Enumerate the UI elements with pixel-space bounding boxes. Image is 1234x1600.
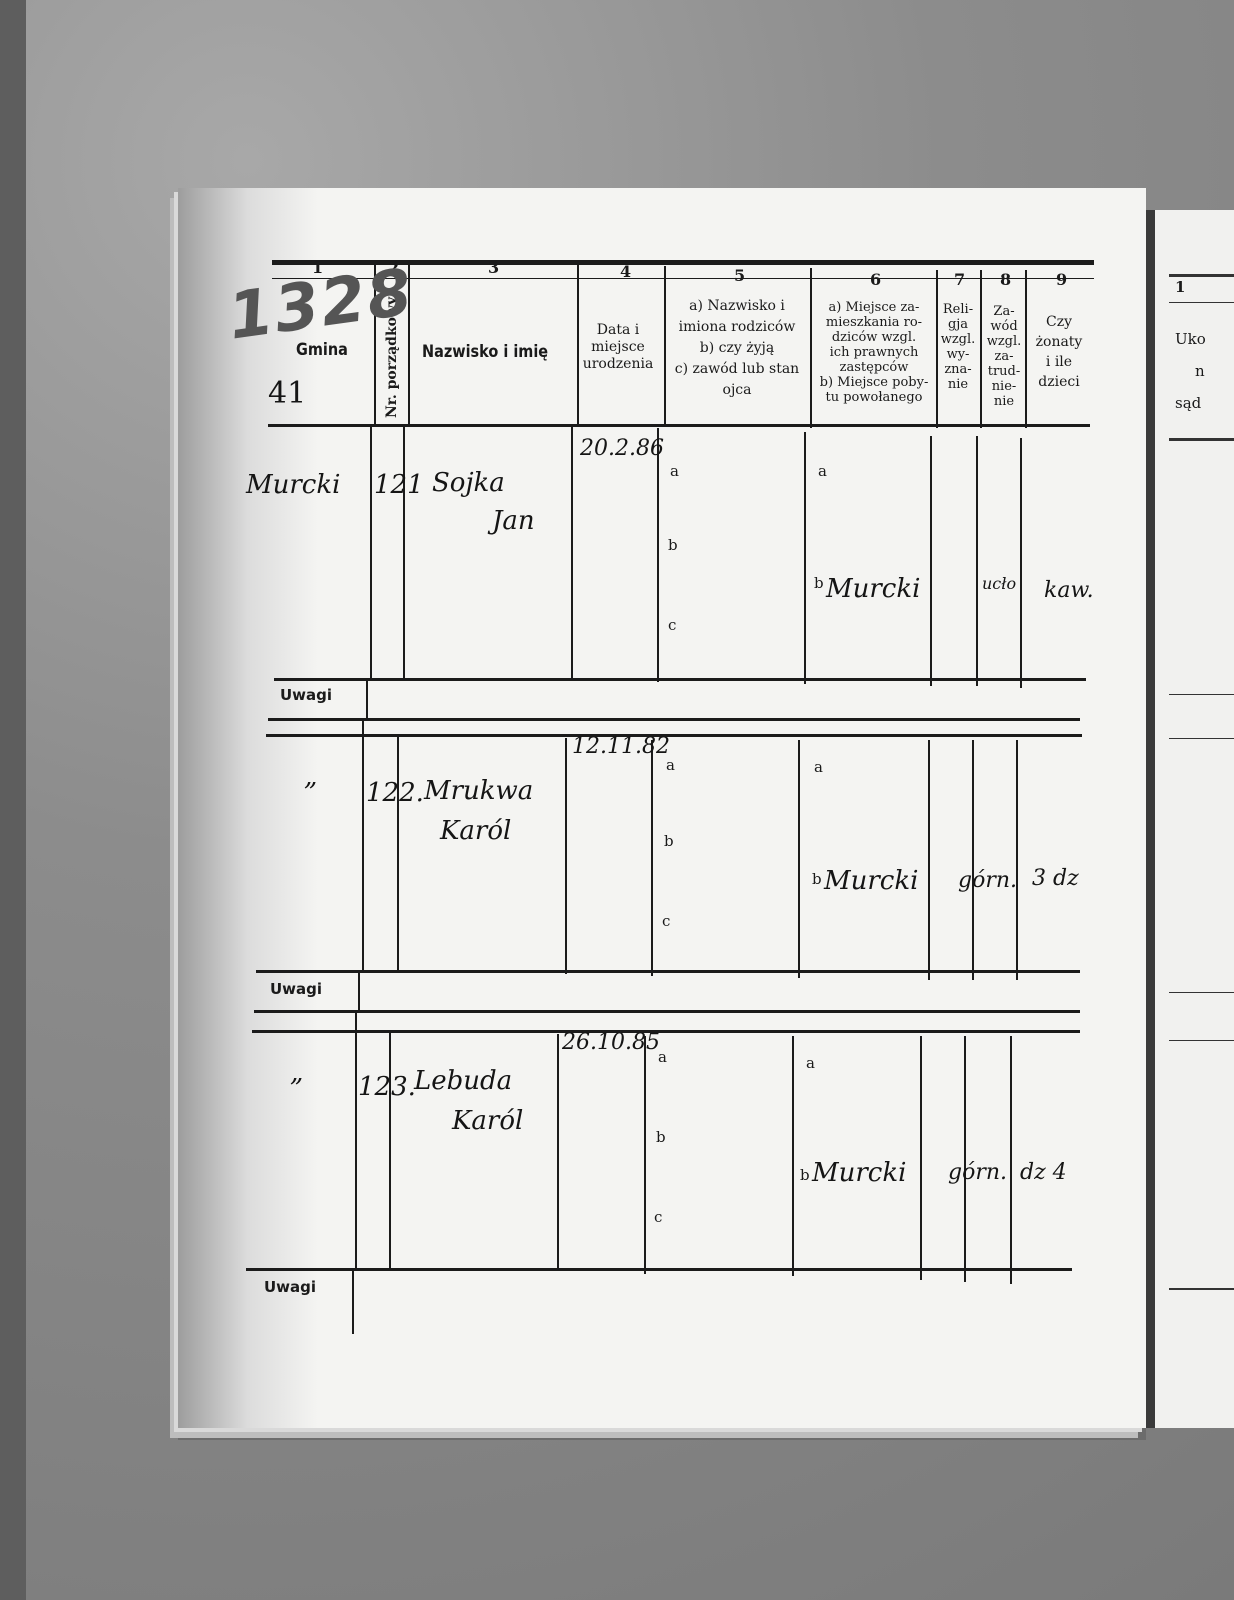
label-line: a) Miejsce za- xyxy=(812,300,936,315)
label-line: zna- xyxy=(938,362,978,377)
facing-page-text: n xyxy=(1195,362,1205,380)
row-divider xyxy=(397,736,399,972)
row-divider xyxy=(644,1036,646,1274)
label-line: i ile xyxy=(1026,354,1092,371)
row2-res-b: b xyxy=(812,870,822,888)
label-line: imiona rodziców xyxy=(664,319,810,336)
row3-res-a: a xyxy=(806,1054,815,1072)
row2-top-rule xyxy=(266,734,1082,737)
col-num-3: 3 xyxy=(488,258,499,277)
row1-occupation: ucło xyxy=(982,574,1016,593)
col-num-7: 7 xyxy=(954,270,965,289)
col-divider xyxy=(1025,270,1027,428)
row-divider xyxy=(657,428,659,682)
row-divider xyxy=(972,740,974,980)
row3-bottom-rule xyxy=(246,1268,1072,1271)
label-line: wy- xyxy=(938,347,978,362)
row-divider xyxy=(557,1034,559,1270)
label-line: nie xyxy=(938,377,978,392)
label-line: zastępców xyxy=(812,360,936,375)
row1-birth: 20.2.86 xyxy=(580,436,664,461)
row1-gmina: Murcki xyxy=(246,470,340,500)
row1-residence: Murcki xyxy=(826,574,920,604)
label-line: gja xyxy=(938,317,978,332)
label-line: nie- xyxy=(982,379,1026,394)
row3-birth: 26.10.85 xyxy=(562,1030,660,1055)
row3-gmina: „ xyxy=(290,1058,303,1088)
remarks-divider xyxy=(358,972,360,1012)
facing-page-rule xyxy=(1169,1288,1234,1290)
row-divider xyxy=(964,1036,966,1282)
row3-top-rule xyxy=(252,1030,1080,1033)
row-divider xyxy=(370,426,372,678)
row2-residence: Murcki xyxy=(824,866,918,896)
row1-given: Jan xyxy=(492,506,535,536)
col-label-married: Czy żonaty i ile dzieci xyxy=(1026,314,1092,391)
facing-page-rule xyxy=(1169,1040,1234,1041)
row2-res-a: a xyxy=(814,758,823,776)
row-divider xyxy=(792,1036,794,1276)
row3-married: dz 4 xyxy=(1020,1160,1067,1185)
row2-gmina: „ xyxy=(304,762,317,792)
label-line: c) zawód lub stan xyxy=(664,361,810,378)
label-line: Reli- xyxy=(938,302,978,317)
label-line: wzgl. xyxy=(982,334,1026,349)
remarks-divider xyxy=(366,680,368,720)
header-bottom-rule xyxy=(268,424,1090,427)
row-divider xyxy=(565,738,567,974)
label-line: Czy xyxy=(1026,314,1092,331)
col-divider xyxy=(980,270,982,428)
row3-remarks-label: Uwagi xyxy=(264,1278,316,1296)
facing-page-rule xyxy=(1169,694,1234,695)
col-num-9: 9 xyxy=(1056,270,1067,289)
row2-remarks-label: Uwagi xyxy=(270,980,322,998)
label-line: tu powołanego xyxy=(812,390,936,405)
label-line: b) Miejsce poby- xyxy=(812,375,936,390)
row-divider xyxy=(798,740,800,978)
col-label-religion: Reli- gja wzgl. wy- zna- nie xyxy=(938,302,978,392)
row-divider xyxy=(362,720,364,972)
label-line: trud- xyxy=(982,364,1026,379)
row-divider xyxy=(1016,740,1018,980)
row2-remarks-rule xyxy=(254,1010,1080,1013)
row-divider xyxy=(403,426,405,678)
row2-occupation: górn. xyxy=(958,868,1017,893)
row1-surname: Sojka xyxy=(432,468,505,498)
facing-page-rule xyxy=(1169,274,1234,277)
label-line: b) czy żyją xyxy=(664,340,810,357)
page-mark: 41 xyxy=(268,376,306,411)
row1-sub-b: b xyxy=(668,536,678,554)
row3-sub-b: b xyxy=(656,1128,666,1146)
label-line: dziców wzgl. xyxy=(812,330,936,345)
col-divider xyxy=(577,264,579,426)
label-line: ojca xyxy=(664,382,810,399)
facing-page: 1 Uko n sąd xyxy=(1155,210,1234,1428)
row3-given: Karól xyxy=(452,1106,523,1136)
facing-page-rule xyxy=(1169,438,1234,441)
facing-page-text: Uko xyxy=(1175,330,1206,348)
facing-page-rule xyxy=(1169,738,1234,739)
label-line: za- xyxy=(982,349,1026,364)
row-divider xyxy=(651,740,653,976)
row3-sub-a: a xyxy=(658,1048,667,1066)
label-line: nie xyxy=(982,394,1026,409)
label-line: a) Nazwisko i xyxy=(664,298,810,315)
label-line: ich prawnych xyxy=(812,345,936,360)
row-divider xyxy=(976,436,978,686)
label-line: mieszkania ro- xyxy=(812,315,936,330)
row3-residence: Murcki xyxy=(812,1158,906,1188)
label-line: wzgl. xyxy=(938,332,978,347)
row2-birth: 12.11.82 xyxy=(572,734,670,759)
col-num-4: 4 xyxy=(620,262,631,281)
row1-married: kaw. xyxy=(1044,578,1094,603)
facing-page-rule xyxy=(1169,992,1234,993)
row-divider xyxy=(930,436,932,686)
row1-nr: 121 xyxy=(374,470,424,500)
label-line: dzieci xyxy=(1026,374,1092,391)
col-label-birth: Data i miejsce urodzenia xyxy=(578,322,658,373)
row2-sub-c: c xyxy=(662,912,670,930)
row2-sub-a: a xyxy=(666,756,675,774)
row2-surname: Mrukwa xyxy=(424,776,533,806)
row1-sub-a: a xyxy=(670,462,679,480)
col-label-name: Nazwisko i imię xyxy=(422,342,548,362)
scan-edge xyxy=(0,0,26,1600)
row3-occupation: górn. xyxy=(948,1160,1007,1185)
row-divider xyxy=(1010,1036,1012,1284)
row2-sub-b: b xyxy=(664,832,674,850)
row-divider xyxy=(389,1032,391,1268)
row3-nr: 123. xyxy=(358,1072,416,1102)
label-line: Za- xyxy=(982,304,1026,319)
row-divider xyxy=(571,426,573,680)
row1-res-b: b xyxy=(814,574,824,592)
row-divider xyxy=(355,1012,357,1268)
row3-surname: Lebuda xyxy=(414,1066,512,1096)
row-divider xyxy=(920,1036,922,1280)
row-divider xyxy=(928,740,930,980)
remarks-divider xyxy=(352,1270,354,1334)
row3-sub-c: c xyxy=(654,1208,662,1226)
row-divider xyxy=(1020,438,1022,688)
row-divider xyxy=(804,432,806,684)
row1-res-a: a xyxy=(818,462,827,480)
col-label-occupation: Za- wód wzgl. za- trud- nie- nie xyxy=(982,304,1026,409)
col-label-parents: a) Nazwisko i imiona rodziców b) czy żyj… xyxy=(664,298,810,399)
label-line: żonaty xyxy=(1026,334,1092,351)
col-divider xyxy=(936,270,938,428)
col-label-residence: a) Miejsce za- mieszkania ro- dziców wzg… xyxy=(812,300,936,405)
row1-remarks-rule xyxy=(268,718,1080,721)
row2-given: Karól xyxy=(440,816,511,846)
row1-sub-c: c xyxy=(668,616,676,634)
label-line: wód xyxy=(982,319,1026,334)
row1-bottom-rule xyxy=(274,678,1086,681)
facing-page-rule xyxy=(1169,302,1234,303)
col-divider xyxy=(810,268,812,428)
row2-nr: 122. xyxy=(366,778,424,808)
book-spine xyxy=(1146,210,1155,1428)
col-divider xyxy=(664,266,666,426)
facing-page-text: sąd xyxy=(1175,394,1201,412)
row2-married: 3 dz xyxy=(1032,866,1079,891)
col-num-8: 8 xyxy=(1000,270,1011,289)
col-num-6: 6 xyxy=(870,270,881,289)
col-num-5: 5 xyxy=(734,266,745,285)
row1-remarks-label: Uwagi xyxy=(280,686,332,704)
facing-page-col-num: 1 xyxy=(1175,278,1185,296)
row2-bottom-rule xyxy=(256,970,1080,973)
row3-res-b: b xyxy=(800,1166,810,1184)
